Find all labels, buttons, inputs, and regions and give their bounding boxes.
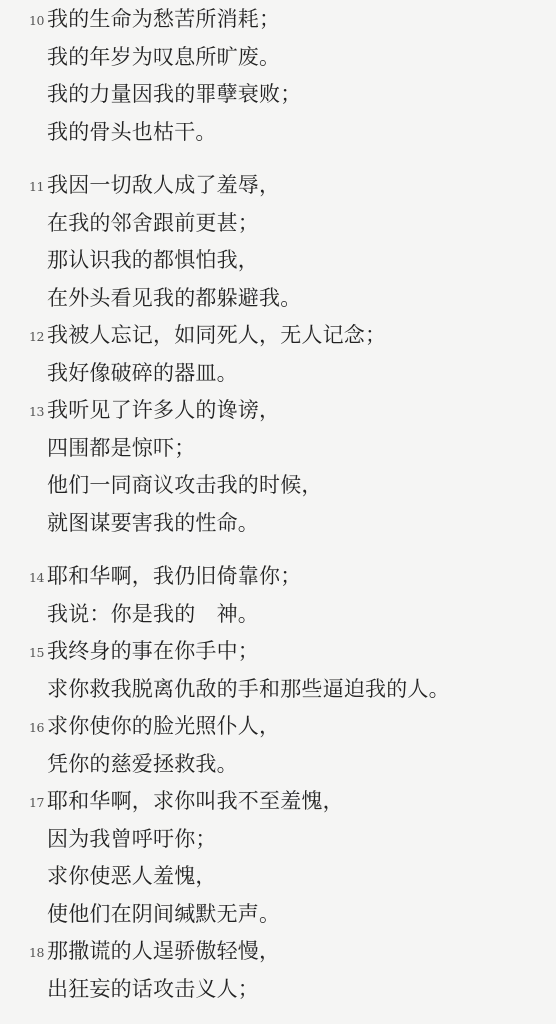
- verse-text: 我好像破碎的器皿。: [47, 361, 238, 385]
- verse-line: 我好像破碎的器皿。: [0, 355, 556, 393]
- verse-line: 17 耶和华啊，求你叫我不至羞愧，: [0, 783, 556, 821]
- verse-text: 那撒谎的人逞骄傲轻慢，: [47, 939, 280, 963]
- verse-line: 10 我的生命为愁苦所消耗；: [0, 1, 556, 39]
- verse-number: 13: [29, 393, 47, 431]
- scripture-passage: 10 我的生命为愁苦所消耗； 我的年岁为叹息所旷废。 我的力量因我的罪孽衰败； …: [0, 0, 556, 1024]
- verse-line: 使他们在阴间缄默无声。: [0, 896, 556, 934]
- verse-text: 我听见了许多人的谗谤，: [47, 398, 280, 422]
- verse-line: 在我的邻舍跟前更甚；: [0, 205, 556, 243]
- verse-text: 我说：你是我的 神。: [47, 602, 259, 626]
- stanza-2: 11 我因一切敌人成了羞辱， 在我的邻舍跟前更甚； 那认识我的都惧怕我， 在外头…: [0, 167, 556, 542]
- verse-line: 我的年岁为叹息所旷废。: [0, 39, 556, 77]
- verse-number: 17: [29, 784, 47, 822]
- verse-line: 求你使恶人羞愧，: [0, 858, 556, 896]
- verse-line: 13 我听见了许多人的谗谤，: [0, 392, 556, 430]
- verse-line: 就图谋要害我的性命。: [0, 505, 556, 543]
- verse-text: 耶和华啊，求你叫我不至羞愧，: [47, 789, 344, 813]
- verse-number: 18: [29, 934, 47, 972]
- verse-text: 那认识我的都惧怕我，: [47, 248, 259, 272]
- verse-text: 我的生命为愁苦所消耗；: [47, 7, 280, 31]
- stanza-1: 10 我的生命为愁苦所消耗； 我的年岁为叹息所旷废。 我的力量因我的罪孽衰败； …: [0, 1, 556, 151]
- verse-line: 凭你的慈爱拯救我。: [0, 746, 556, 784]
- verse-line: 18 那撒谎的人逞骄傲轻慢，: [0, 933, 556, 971]
- verse-text: 我终身的事在你手中；: [47, 639, 259, 663]
- verse-text: 我的年岁为叹息所旷废。: [47, 45, 280, 69]
- verse-line: 我的力量因我的罪孽衰败；: [0, 76, 556, 114]
- verse-line: 那认识我的都惧怕我，: [0, 242, 556, 280]
- verse-line: 他们一同商议攻击我的时候，: [0, 467, 556, 505]
- verse-line: 12 我被人忘记，如同死人，无人记念；: [0, 317, 556, 355]
- verse-text: 我因一切敌人成了羞辱，: [47, 173, 280, 197]
- verse-number: 16: [29, 709, 47, 747]
- verse-line: 我的骨头也枯干。: [0, 114, 556, 152]
- verse-line: 四围都是惊吓；: [0, 430, 556, 468]
- verse-text: 求你救我脱离仇敌的手和那些逼迫我的人。: [47, 677, 450, 701]
- verse-number: 10: [29, 2, 47, 40]
- verse-text: 在我的邻舍跟前更甚；: [47, 211, 259, 235]
- verse-line: 在外头看见我的都躲避我。: [0, 280, 556, 318]
- verse-line: 14 耶和华啊，我仍旧倚靠你；: [0, 558, 556, 596]
- verse-line: 15 我终身的事在你手中；: [0, 633, 556, 671]
- verse-line: 因为我曾呼吁你；: [0, 821, 556, 859]
- verse-number: 12: [29, 318, 47, 356]
- verse-number: 11: [29, 168, 47, 206]
- verse-text: 耶和华啊，我仍旧倚靠你；: [47, 564, 301, 588]
- verse-text: 他们一同商议攻击我的时候，: [47, 473, 323, 497]
- verse-text: 我的力量因我的罪孽衰败；: [47, 82, 301, 106]
- verse-text: 出狂妄的话攻击义人；: [47, 977, 259, 1001]
- verse-line: 求你救我脱离仇敌的手和那些逼迫我的人。: [0, 671, 556, 709]
- verse-text: 使他们在阴间缄默无声。: [47, 902, 280, 926]
- verse-text: 求你使恶人羞愧，: [47, 864, 217, 888]
- stanza-3: 14 耶和华啊，我仍旧倚靠你； 我说：你是我的 神。 15 我终身的事在你手中；…: [0, 558, 556, 1008]
- verse-text: 求你使你的脸光照仆人，: [47, 714, 280, 738]
- verse-text: 我被人忘记，如同死人，无人记念；: [47, 323, 386, 347]
- verse-text: 我的骨头也枯干。: [47, 120, 217, 144]
- verse-number: 15: [29, 634, 47, 672]
- verse-text: 就图谋要害我的性命。: [47, 511, 259, 535]
- verse-line: 出狂妄的话攻击义人；: [0, 971, 556, 1009]
- verse-text: 四围都是惊吓；: [47, 436, 195, 460]
- verse-text: 因为我曾呼吁你；: [47, 827, 217, 851]
- verse-text: 凭你的慈爱拯救我。: [47, 752, 238, 776]
- verse-text: 在外头看见我的都躲避我。: [47, 286, 301, 310]
- verse-number: 14: [29, 559, 47, 597]
- verse-line: 11 我因一切敌人成了羞辱，: [0, 167, 556, 205]
- verse-line: 16 求你使你的脸光照仆人，: [0, 708, 556, 746]
- verse-line: 我说：你是我的 神。: [0, 596, 556, 634]
